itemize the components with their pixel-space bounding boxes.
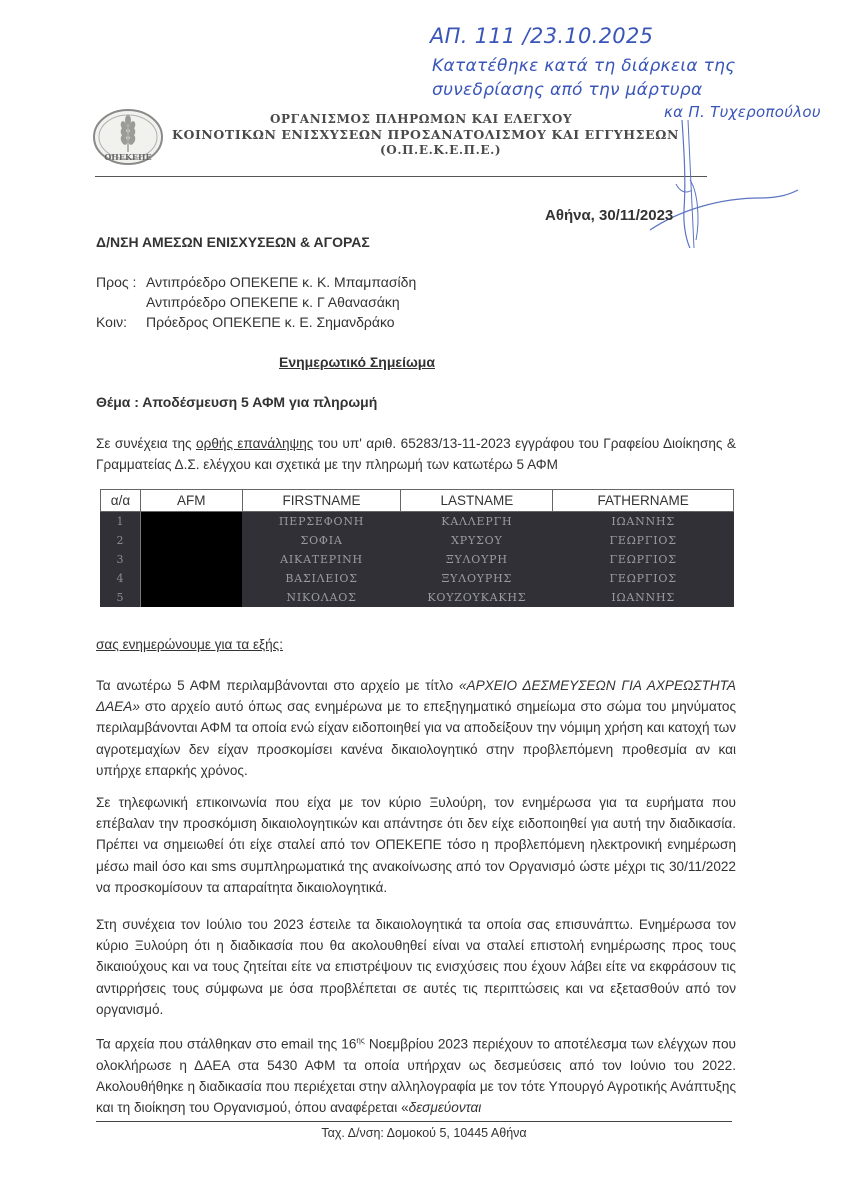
lastname-cell: ΚΟΥΖΟΥΚΑΚΗΣ xyxy=(401,588,553,607)
footer-address: Ταχ. Δ/νση: Δομοκού 5, 10445 Αθήνα xyxy=(0,1126,848,1140)
column-header-afm: AFM xyxy=(140,490,242,512)
table-row: 4ΒΑΣΙΛΕΙΟΣΞΥΛΟΥΡΗΣΓΕΩΡΓΙΟΣ xyxy=(101,569,734,588)
lastname-cell: ΚΑΛΛΕΡΓΗ xyxy=(401,512,553,532)
handwritten-note-line: κα Π. Τυχεροπούλου xyxy=(664,103,821,121)
header-divider xyxy=(95,176,707,177)
handwritten-protocol-number: ΑΠ. 111 /23.10.2025 xyxy=(430,24,653,48)
row-index: 4 xyxy=(101,569,141,588)
handwritten-note-line: Κατατέθηκε κατά τη διάρκεια της xyxy=(432,56,736,76)
afm-redacted xyxy=(140,588,242,607)
quoted-text: δεσμεύονται xyxy=(409,1100,482,1115)
department-name: Δ/ΝΣΗ ΑΜΕΣΩΝ ΕΝΙΣΧΥΣΕΩΝ & ΑΓΟΡΑΣ xyxy=(96,234,370,250)
signature-icon xyxy=(640,120,800,250)
row-index: 2 xyxy=(101,531,141,550)
ordinal-suffix: ης xyxy=(356,1036,364,1045)
row-index: 5 xyxy=(101,588,141,607)
body-paragraph-2: Σε τηλεφωνική επικοινωνία που είχα με το… xyxy=(96,792,736,898)
body-paragraph-1: Τα ανωτέρω 5 ΑΦΜ περιλαμβάνονται στο αρχ… xyxy=(96,675,736,781)
afm-redacted xyxy=(140,531,242,550)
document-date: Αθήνα, 30/11/2023 xyxy=(545,207,673,224)
afm-redacted xyxy=(140,512,242,532)
fathername-cell: ΙΩΑΝΝΗΣ xyxy=(553,588,734,607)
paragraph-text: Τα αρχεία που στάλθηκαν στο email της 16 xyxy=(96,1037,356,1052)
table-row: 1ΠΕΡΣΕΦΟΝΗΚΑΛΛΕΡΓΗΙΩΑΝΝΗΣ xyxy=(101,512,734,532)
body-paragraph-4: Τα αρχεία που στάλθηκαν στο email της 16… xyxy=(96,1030,736,1118)
table-row: 2ΣΟΦΙΑΧΡΥΣΟΥΓΕΩΡΓΙΟΣ xyxy=(101,531,734,550)
table-header-row: α/α AFM FIRSTNAME LASTNAME FATHERNAME xyxy=(101,490,734,512)
row-index: 3 xyxy=(101,550,141,569)
handwritten-note-line: συνεδρίασης από την μάρτυρα xyxy=(432,80,703,100)
opekepe-logo-icon: ΟΠΕΚΕΠΕ xyxy=(92,108,164,166)
subject-line: Θέμα : Αποδέσμευση 5 ΑΦΜ για πληρωμή xyxy=(96,394,377,410)
intro-underlined-text: ορθής επανάληψης xyxy=(196,436,313,451)
org-name-line-2: ΚΟΙΝΟΤΙΚΩΝ ΕΝΙΣΧΥΣΕΩΝ ΠΡΟΣΑΝΑΤΟΛΙΣΜΟΥ ΚΑ… xyxy=(172,127,679,142)
paragraph-text: Τα ανωτέρω 5 ΑΦΜ περιλαμβάνονται στο αρχ… xyxy=(96,678,459,693)
section-intro-label: σας ενημερώνουμε για τα εξής: xyxy=(96,637,283,652)
firstname-cell: ΠΕΡΣΕΦΟΝΗ xyxy=(242,512,401,532)
to-label: Προς : xyxy=(96,274,136,290)
fathername-cell: ΓΕΩΡΓΙΟΣ xyxy=(553,550,734,569)
afm-redacted xyxy=(140,550,242,569)
cc-label: Κοιν: xyxy=(96,314,127,330)
afm-table: α/α AFM FIRSTNAME LASTNAME FATHERNAME 1Π… xyxy=(100,489,734,607)
org-acronym: (Ο.Π.Ε.Κ.Ε.Π.Ε.) xyxy=(380,143,501,157)
table-row: 5ΝΙΚΟΛΑΟΣΚΟΥΖΟΥΚΑΚΗΣΙΩΑΝΝΗΣ xyxy=(101,588,734,607)
body-paragraph-3: Στη συνέχεια τον Ιούλιο του 2023 έστειλε… xyxy=(96,914,736,1020)
footer-divider xyxy=(96,1121,732,1122)
intro-paragraph: Σε συνέχεια της ορθής επανάληψης του υπ'… xyxy=(96,433,736,475)
fathername-cell: ΓΕΩΡΓΙΟΣ xyxy=(553,531,734,550)
column-header-index: α/α xyxy=(101,490,141,512)
firstname-cell: ΝΙΚΟΛΑΟΣ xyxy=(242,588,401,607)
org-name-line-1: ΟΡΓΑΝΙΣΜΟΣ ΠΛΗΡΩΜΩΝ ΚΑΙ ΕΛΕΓΧΟΥ xyxy=(270,112,572,126)
column-header-fathername: FATHERNAME xyxy=(553,490,734,512)
firstname-cell: ΣΟΦΙΑ xyxy=(242,531,401,550)
fathername-cell: ΙΩΑΝΝΗΣ xyxy=(553,512,734,532)
lastname-cell: ΞΥΛΟΥΡΗ xyxy=(401,550,553,569)
intro-text: Σε συνέχεια της xyxy=(96,436,196,451)
lastname-cell: ΧΡΥΣΟΥ xyxy=(401,531,553,550)
recipient: Αντιπρόεδρο ΟΠΕΚΕΠΕ κ. Γ Αθανασάκη xyxy=(146,294,400,310)
svg-text:ΟΠΕΚΕΠΕ: ΟΠΕΚΕΠΕ xyxy=(104,152,151,162)
cc-recipient: Πρόεδρος ΟΠΕΚΕΠΕ κ. Ε. Σημανδράκο xyxy=(146,314,395,330)
firstname-cell: ΑΙΚΑΤΕΡΙΝΗ xyxy=(242,550,401,569)
firstname-cell: ΒΑΣΙΛΕΙΟΣ xyxy=(242,569,401,588)
table-row: 3ΑΙΚΑΤΕΡΙΝΗΞΥΛΟΥΡΗΓΕΩΡΓΙΟΣ xyxy=(101,550,734,569)
column-header-firstname: FIRSTNAME xyxy=(242,490,401,512)
column-header-lastname: LASTNAME xyxy=(401,490,553,512)
memo-title: Ενημερωτικό Σημείωμα xyxy=(279,354,435,370)
paragraph-text: στο αρχείο αυτό όπως σας ενημέρωνα με το… xyxy=(96,699,736,778)
lastname-cell: ΞΥΛΟΥΡΗΣ xyxy=(401,569,553,588)
recipient: Αντιπρόεδρο ΟΠΕΚΕΠΕ κ. Κ. Μπαμπασίδη xyxy=(146,274,416,290)
fathername-cell: ΓΕΩΡΓΙΟΣ xyxy=(553,569,734,588)
row-index: 1 xyxy=(101,512,141,532)
afm-redacted xyxy=(140,569,242,588)
